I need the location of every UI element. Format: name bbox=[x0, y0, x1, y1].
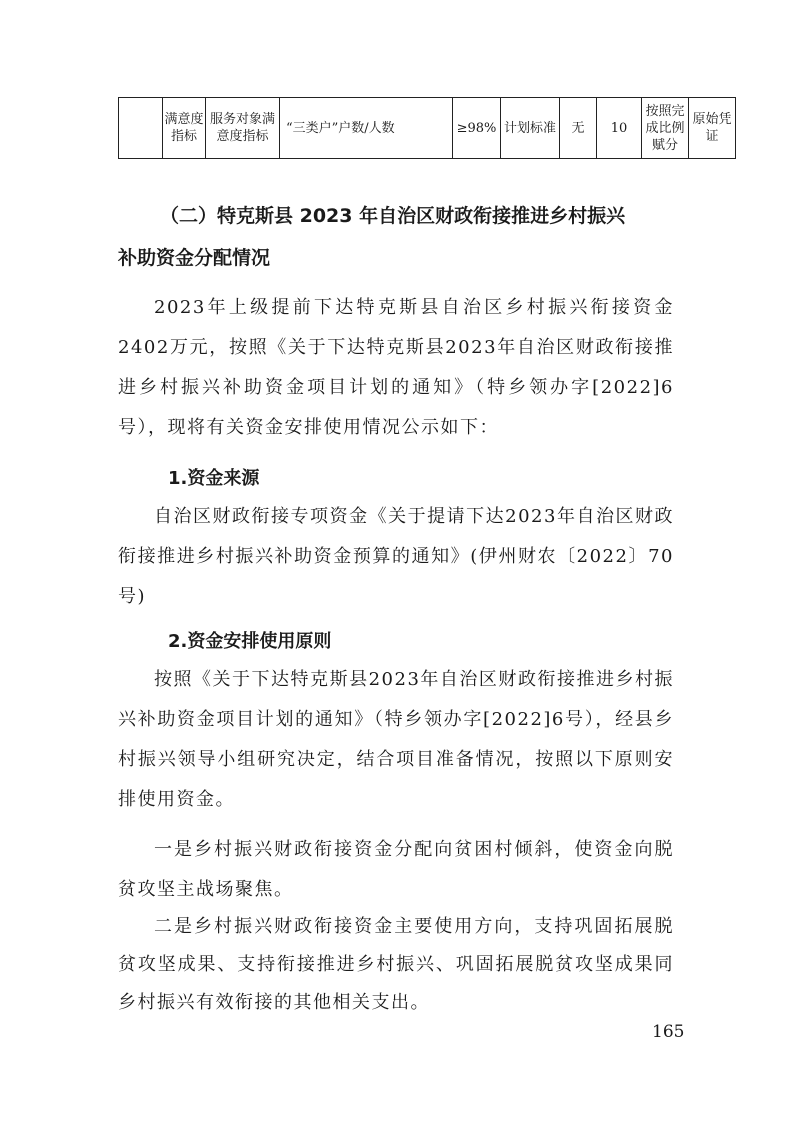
principle-point-1: 一是乡村振兴财政衔接资金分配向贫困村倾斜，使资金向脱贫攻坚主战场聚焦。 bbox=[118, 830, 674, 910]
intro-paragraph: 2023年上级提前下达特克斯县自治区乡村振兴衔接资金2402万元，按照《关于下达… bbox=[118, 288, 674, 448]
allocation-principles-paragraph: 按照《关于下达特克斯县2023年自治区财政衔接推进乡村振兴补助资金项目计划的通知… bbox=[118, 660, 674, 820]
principle-point-2: 二是乡村振兴财政衔接资金主要使用方向，支持巩固拓展脱贫攻坚成果、支持衔接推进乡村… bbox=[118, 908, 674, 1022]
funding-source-paragraph: 自治区财政衔接专项资金《关于提请下达2023年自治区财政衔接推进乡村振兴补助资金… bbox=[118, 497, 674, 617]
table-cell-adjustment: 无 bbox=[560, 98, 597, 159]
table-cell-target-value: ≥98% bbox=[453, 98, 501, 159]
subsection-title-funding-source: 1.资金来源 bbox=[168, 464, 259, 490]
table-cell-basis: 计划标准 bbox=[501, 98, 560, 159]
section-heading-line2: 补助资金分配情况 bbox=[118, 238, 698, 278]
table-cell-indicator-level1: 满意度指标 bbox=[163, 98, 206, 159]
table-cell-scoring-method: 按照完成比例赋分 bbox=[642, 98, 689, 159]
performance-indicator-table: 满意度指标 服务对象满意度指标 “三类户”户数/人数 ≥98% 计划标准 无 1… bbox=[118, 97, 736, 159]
table-cell-indicator-level3: “三类户”户数/人数 bbox=[280, 98, 453, 159]
table-cell-weight: 10 bbox=[597, 98, 642, 159]
table-cell-indicator-level2: 服务对象满意度指标 bbox=[206, 98, 280, 159]
page-number: 165 bbox=[652, 1022, 684, 1042]
table-cell-category bbox=[119, 98, 163, 159]
table-row: 满意度指标 服务对象满意度指标 “三类户”户数/人数 ≥98% 计划标准 无 1… bbox=[119, 98, 736, 159]
table-cell-evidence: 原始凭证 bbox=[689, 98, 736, 159]
subsection-title-allocation-principles: 2.资金安排使用原则 bbox=[168, 627, 331, 653]
section-heading-line1: （二）特克斯县 2023 年自治区财政衔接推进乡村振兴 bbox=[160, 196, 740, 236]
